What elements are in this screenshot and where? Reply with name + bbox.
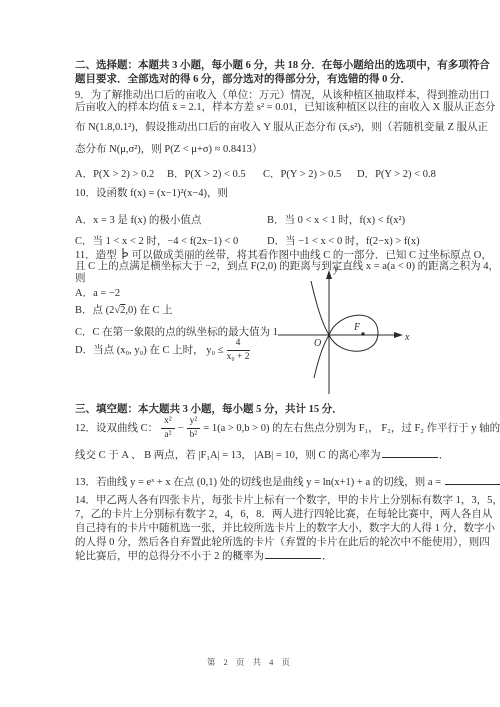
q9-stem-line2: 后亩收入的样本均值 x̄ = 2.1，样本方差 s² = 0.01，已知该种植区…: [75, 101, 495, 114]
q9-option-d: D．P(Y > 2) < 0.8: [357, 166, 436, 181]
q11-stem-line3: 则: [75, 272, 86, 285]
curve-upper-branch: [311, 281, 329, 335]
q14-stem-line4: 的人得 0 分，然后各自弃置此轮所选的卡片（弃置的卡片在此后的轮次中不能使用），…: [75, 536, 490, 549]
q10-option-a: A．x = 3 是 f(x) 的极小值点: [75, 212, 201, 227]
q10-option-d: D．当 −1 < x < 0 时，f(2−x) > f(x): [267, 233, 420, 248]
fraction-denominator: x₀ + 2: [227, 351, 250, 363]
x-axis-arrow: [394, 332, 403, 338]
q9-options: A．P(X > 2) > 0.2 B．P(X > 2) < 0.5 C．P(Y …: [75, 166, 437, 180]
fraction-numerator: 4: [227, 338, 250, 351]
q10-options-row2: C．当 1 < x < 2 时，−4 < f(2x−1) < 0 D．当 −1 …: [75, 233, 437, 247]
q13-answer-blank: [445, 475, 500, 485]
q13-stem-text: 13．若曲线 y = eˣ + x 在点 (0,1) 处的切线也是曲线 y = …: [75, 477, 441, 488]
q11-option-d: D．当点 (x₀, y₀) 在 C 上时， y₀ ≤ 4x₀ + 2: [75, 339, 253, 361]
q12-period: ．: [439, 450, 450, 461]
origin-label: O: [314, 338, 321, 349]
q14-answer-blank: [265, 549, 321, 559]
focus-point: [361, 332, 364, 335]
q13-stem: 13．若曲线 y = eˣ + x 在点 (0,1) 处的切线也是曲线 y = …: [75, 475, 500, 489]
q14-stem-line5: 轮比赛后，甲的总得分不小于 2 的概率为．: [75, 549, 333, 563]
q10-stem: 10．设函数 f(x) = (x−1)²(x−4)，则: [75, 187, 228, 200]
q11-option-b-text1: B．点 (2√: [75, 305, 120, 316]
q14-stem-line3: 自己持有的卡片中随机选一张，并比较所选卡片上的数字大小，数字大的人得 1 分，数…: [75, 522, 495, 535]
q11-option-a: A．a = −2: [75, 287, 120, 300]
q14-period: ．: [322, 551, 333, 562]
x-axis-label: x: [404, 332, 410, 343]
focus-label: F: [353, 322, 361, 333]
curve-loop: [329, 315, 378, 351]
fraction-denominator: b²: [187, 429, 201, 441]
q11-curve-figure: y x O F: [276, 262, 418, 400]
q12-stem-line1: 12．设双曲线 C： x²a² − y²b² = 1(a > 0,b > 0) …: [75, 417, 500, 439]
fraction-denominator: a²: [161, 429, 175, 441]
fraction-numerator: y²: [187, 416, 201, 429]
q10-option-c: C．当 1 < x < 2 时，−4 < f(2x−1) < 0: [75, 233, 238, 248]
q12-answer-blank: [382, 448, 438, 458]
q14-stem-line1: 14．甲乙两人各有四张卡片，每张卡片上标有一个数字，甲的卡片上分别标有数字 1，…: [75, 494, 500, 507]
q14-stem-text: 轮比赛后，甲的总得分不小于 2 的概率为: [75, 551, 264, 562]
q12-stem-line2: 线交 C 于 A 、 B 两点，若 |F₁A| = 13， |AB| = 10，…: [75, 448, 449, 462]
q12-stem-text-a: 12．设双曲线 C：: [75, 422, 158, 435]
fraction-numerator: x²: [161, 416, 175, 429]
q12-stem-text-b: = 1(a > 0,b > 0) 的左右焦点分别为 F₁， F₂，过 F₂ 作平…: [203, 422, 500, 435]
q11-option-d-text: D．当点 (x₀, y₀) 在 C 上时， y₀ ≤: [75, 344, 224, 357]
q11-option-b: B．点 (2√2,0) 在 C 上: [75, 304, 173, 317]
q12-stem-text-c: 线交 C 于 A 、 B 两点，若 |F₁A| = 13， |AB| = 10，…: [75, 450, 381, 461]
q12-minus-sign: −: [178, 422, 184, 435]
q10-options-row1: A．x = 3 是 f(x) 的极小值点 B．当 0 < x < 1 时，f(x…: [75, 212, 437, 226]
q9-option-c: C．P(Y > 2) > 0.5: [263, 166, 341, 181]
section3-heading: 三、填空题：本大题共 3 小题，每小题 5 分，共计 15 分．: [75, 403, 343, 416]
q14-stem-line2: 7，乙的卡片上分别标有数字 2，4，6，8．两人进行四轮比赛，在每轮比赛中，两人…: [75, 508, 492, 521]
y-axis-label: y: [333, 264, 339, 275]
q10-option-b: B．当 0 < x < 1 时，f(x) < f(x²): [267, 212, 405, 227]
q12-fraction-1: x²a²: [161, 416, 175, 441]
q11-option-d-fraction: 4x₀ + 2: [227, 338, 250, 363]
section2-heading-line2: 题目要求．全部选对的得 6 分，部分选对的得部分分，有选错的得 0 分．: [75, 73, 411, 86]
y-axis-arrow: [326, 270, 332, 279]
section2-heading-line1: 二、选择题：本题共 3 小题，每小题 6 分，共 18 分．在每小题给出的选项中…: [75, 59, 490, 72]
q9-stem-line4: 态分布 N(μ,σ²)，则 P(Z < μ+σ) ≈ 0.8413）: [75, 143, 262, 156]
exam-page: 二、选择题：本题共 3 小题，每小题 6 分，共 18 分．在每小题给出的选项中…: [0, 0, 500, 707]
ribbon-shape-icon: [120, 247, 129, 260]
q9-stem-line3: 布 N(1.8,0.1²)，假设推动出口后的亩收入 Y 服从正态分布 (x̄,s…: [75, 121, 488, 134]
q9-option-a: A．P(X > 2) > 0.2: [75, 166, 154, 181]
page-number-footer: 第 2 页 共 4 页: [0, 656, 500, 668]
q12-fraction-2: y²b²: [187, 416, 201, 441]
q11-option-b-text2: ,0) 在 C 上: [125, 305, 172, 316]
q9-option-b: B．P(X > 2) < 0.5: [167, 166, 246, 181]
